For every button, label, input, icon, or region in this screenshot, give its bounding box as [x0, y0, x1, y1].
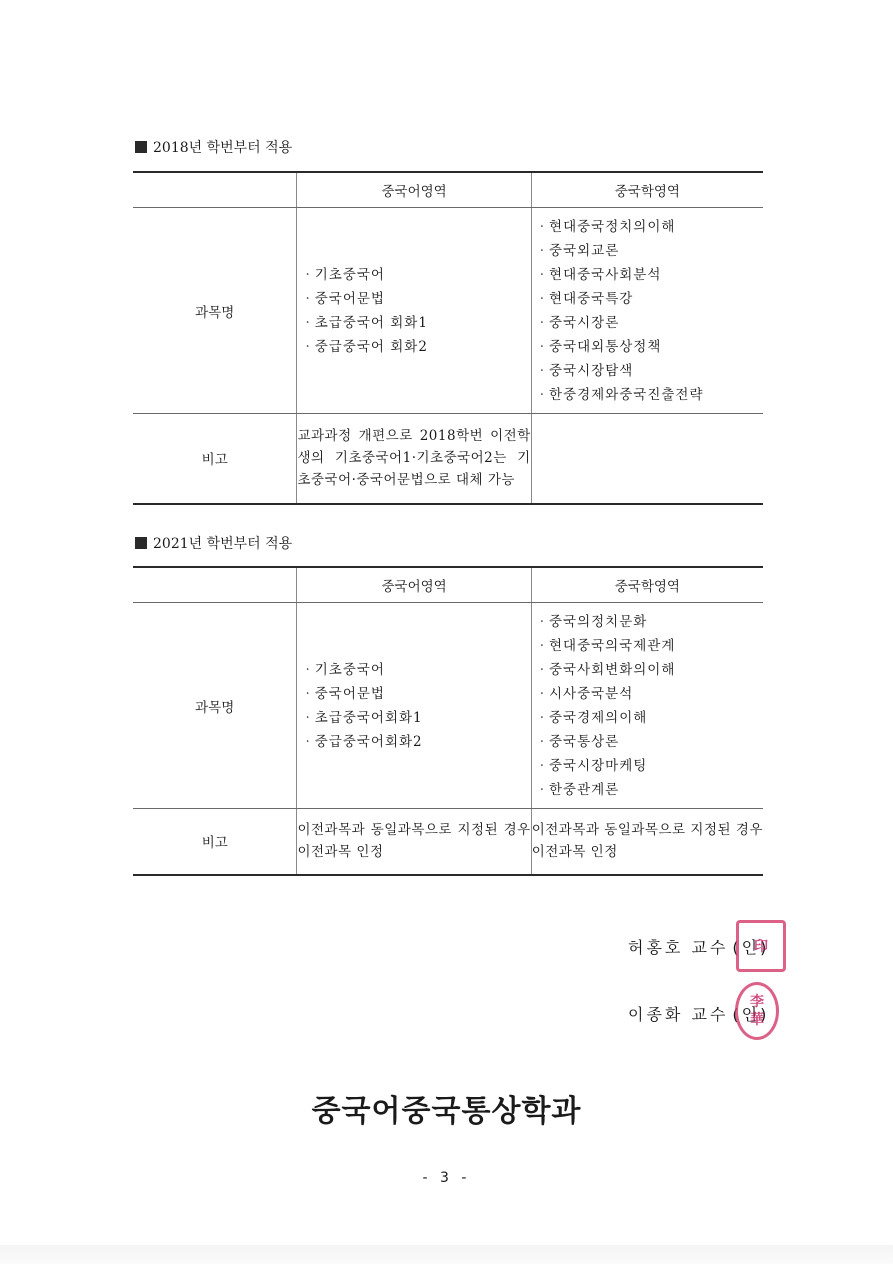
list-item: 기초중국어 [305, 658, 530, 682]
list-item: 초급중국어 회화1 [305, 311, 530, 335]
studies-courses-cell: 중국의정치문화 현대중국의국제관계 중국사회변화의이해 시사중국분석 중국경제의… [531, 603, 763, 809]
list-item: 중급중국어회화2 [305, 730, 530, 754]
language-courses-cell: 기초중국어 중국어문법 초급중국어회화1 중급중국어회화2 [297, 603, 531, 809]
language-remark-cell: 교과과정 개편으로 2018학번 이전학생의 기초중국어1·기초중국어2는 기초… [297, 414, 531, 504]
course-table-2018: 중국어영역 중국학영역 과목명 기초중국어 중국어문법 초급중국어 회화1 중급… [133, 171, 763, 505]
header-chinese-studies-area: 중국학영역 [531, 567, 763, 603]
table-header-row: 중국어영역 중국학영역 [133, 567, 763, 603]
list-item: 중국어문법 [305, 287, 530, 311]
square-seal-stamp-icon: 印 [736, 920, 786, 972]
row-label-course-name: 과목명 [133, 603, 297, 809]
list-item: 현대중국특강 [540, 287, 763, 311]
list-item: 중국시장탐색 [540, 359, 763, 383]
page-bottom-edge [0, 1245, 893, 1264]
table-row-remarks: 비고 이전과목과 동일과목으로 지정된 경우 이전과목 인정 이전과목과 동일과… [133, 809, 763, 875]
section-heading-2018: 2018년 학번부터 적용 [135, 137, 292, 157]
list-item: 중국통상론 [540, 730, 763, 754]
header-chinese-studies-area: 중국학영역 [531, 172, 763, 208]
table-header-row: 중국어영역 중국학영역 [133, 172, 763, 208]
row-label-remarks: 비고 [133, 414, 297, 504]
list-item: 중국시장마케팅 [540, 754, 763, 778]
course-table-2021: 중국어영역 중국학영역 과목명 기초중국어 중국어문법 초급중국어회화1 중급중… [133, 566, 763, 876]
list-item: 중국의정치문화 [540, 610, 763, 634]
square-bullet-icon [135, 141, 147, 153]
list-item: 중국경제의이해 [540, 706, 763, 730]
header-chinese-language-area: 중국어영역 [297, 567, 531, 603]
row-label-remarks: 비고 [133, 809, 297, 875]
list-item: 현대중국사회분석 [540, 263, 763, 287]
language-course-list: 기초중국어 중국어문법 초급중국어회화1 중급중국어회화2 [297, 658, 530, 754]
list-item: 현대중국정치의이해 [540, 215, 763, 239]
language-course-list: 기초중국어 중국어문법 초급중국어 회화1 중급중국어 회화2 [297, 263, 530, 359]
studies-courses-cell: 현대중국정치의이해 중국외교론 현대중국사회분석 현대중국특강 중국시장론 중국… [531, 208, 763, 414]
header-chinese-language-area: 중국어영역 [297, 172, 531, 208]
professor-name: 허홍호 교수 [628, 935, 728, 958]
list-item: 시사중국분석 [540, 682, 763, 706]
list-item: 현대중국의국제관계 [540, 634, 763, 658]
studies-remark-cell: 이전과목과 동일과목으로 지정된 경우 이전과목 인정 [531, 809, 763, 875]
language-courses-cell: 기초중국어 중국어문법 초급중국어 회화1 중급중국어 회화2 [297, 208, 531, 414]
studies-course-list: 현대중국정치의이해 중국외교론 현대중국사회분석 현대중국특강 중국시장론 중국… [532, 215, 763, 407]
header-empty-cell [133, 172, 297, 208]
table-row-courses: 과목명 기초중국어 중국어문법 초급중국어회화1 중급중국어회화2 중국의정치문… [133, 603, 763, 809]
list-item: 한중관계론 [540, 778, 763, 802]
list-item: 중국어문법 [305, 682, 530, 706]
list-item: 한중경제와중국진출전략 [540, 383, 763, 407]
section-heading-text: 2021년 학번부터 적용 [153, 533, 292, 553]
table-row-courses: 과목명 기초중국어 중국어문법 초급중국어 회화1 중급중국어 회화2 현대중국… [133, 208, 763, 414]
language-remark-cell: 이전과목과 동일과목으로 지정된 경우 이전과목 인정 [297, 809, 531, 875]
page-number: - 3 - [0, 1170, 893, 1186]
studies-remark-cell [531, 414, 763, 504]
oval-seal-stamp-icon: 李華 [735, 982, 779, 1040]
list-item: 기초중국어 [305, 263, 530, 287]
section-heading-2021: 2021년 학번부터 적용 [135, 533, 292, 553]
header-empty-cell [133, 567, 297, 603]
studies-course-list: 중국의정치문화 현대중국의국제관계 중국사회변화의이해 시사중국분석 중국경제의… [532, 610, 763, 802]
list-item: 중국시장론 [540, 311, 763, 335]
department-name: 중국어중국통상학과 [0, 1086, 893, 1130]
table-row-remarks: 비고 교과과정 개편으로 2018학번 이전학생의 기초중국어1·기초중국어2는… [133, 414, 763, 504]
professor-name: 이종화 교수 [628, 1002, 728, 1025]
list-item: 중국대외통상정책 [540, 335, 763, 359]
list-item: 중급중국어 회화2 [305, 335, 530, 359]
square-bullet-icon [135, 537, 147, 549]
row-label-course-name: 과목명 [133, 208, 297, 414]
list-item: 중국사회변화의이해 [540, 658, 763, 682]
list-item: 초급중국어회화1 [305, 706, 530, 730]
list-item: 중국외교론 [540, 239, 763, 263]
section-heading-text: 2018년 학번부터 적용 [153, 137, 292, 157]
